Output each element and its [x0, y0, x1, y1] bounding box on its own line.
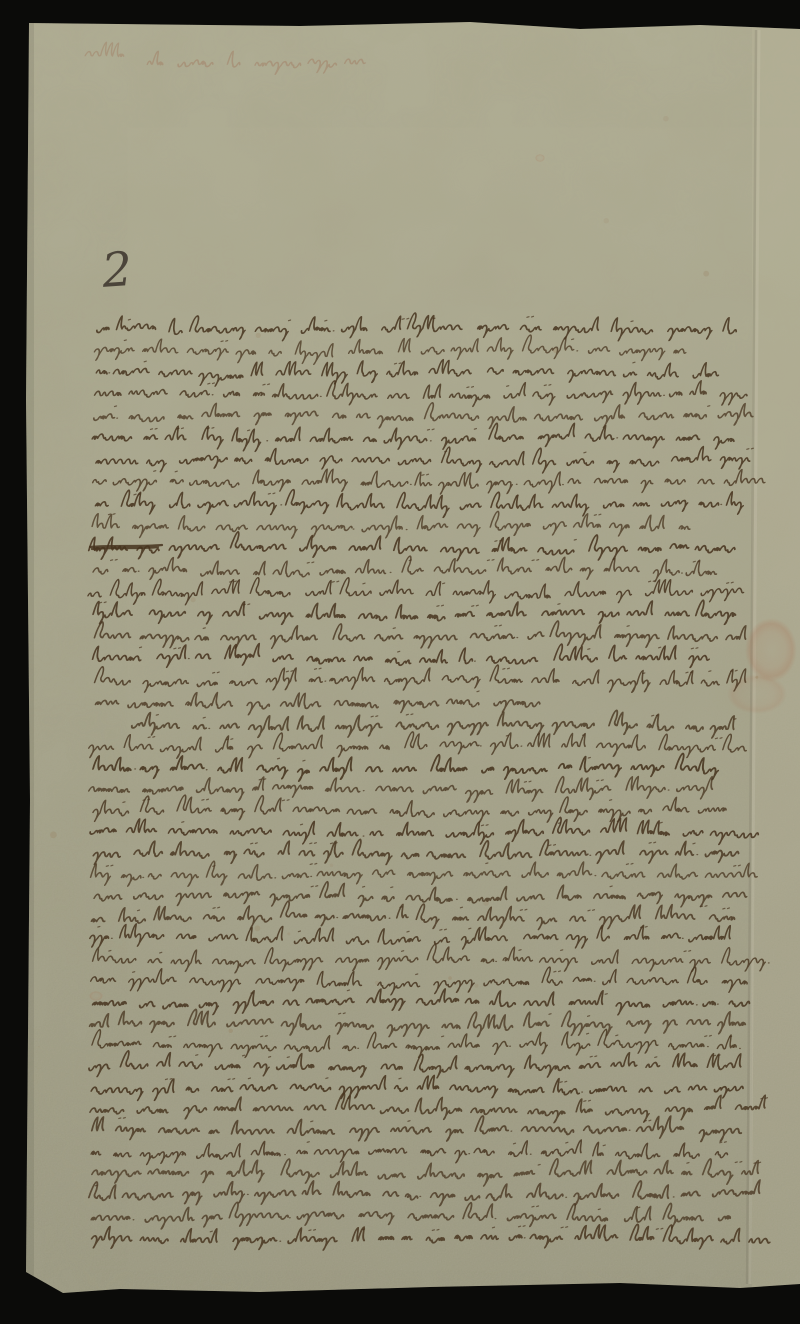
left-edge-shading [26, 22, 34, 1292]
foxing-spot [256, 333, 261, 338]
stain [535, 154, 545, 162]
scanned-letter-page: 2 [0, 0, 800, 1324]
letter-scan-svg: 2 [0, 0, 800, 1324]
foxing-spot [330, 864, 334, 868]
foxing-spot [50, 832, 57, 839]
page-number: 2 [99, 242, 134, 299]
strikethrough-mark [90, 545, 162, 549]
foxing-spot [475, 984, 479, 988]
foxing-spot [287, 932, 290, 935]
foxing-spot [38, 1046, 40, 1048]
stain [745, 618, 797, 682]
foxing-spot [229, 1029, 233, 1033]
stain [89, 991, 103, 1001]
paper-grain [0, 0, 800, 1324]
foxing-spot [663, 116, 669, 122]
foxing-spot [604, 218, 609, 223]
foxing-spot [755, 676, 758, 679]
foxing-spot [703, 271, 709, 277]
foxing-spot [255, 925, 261, 931]
foxing-spot [448, 976, 452, 980]
handwriting-accents [477, 691, 479, 692]
foxing-spot [191, 597, 196, 602]
